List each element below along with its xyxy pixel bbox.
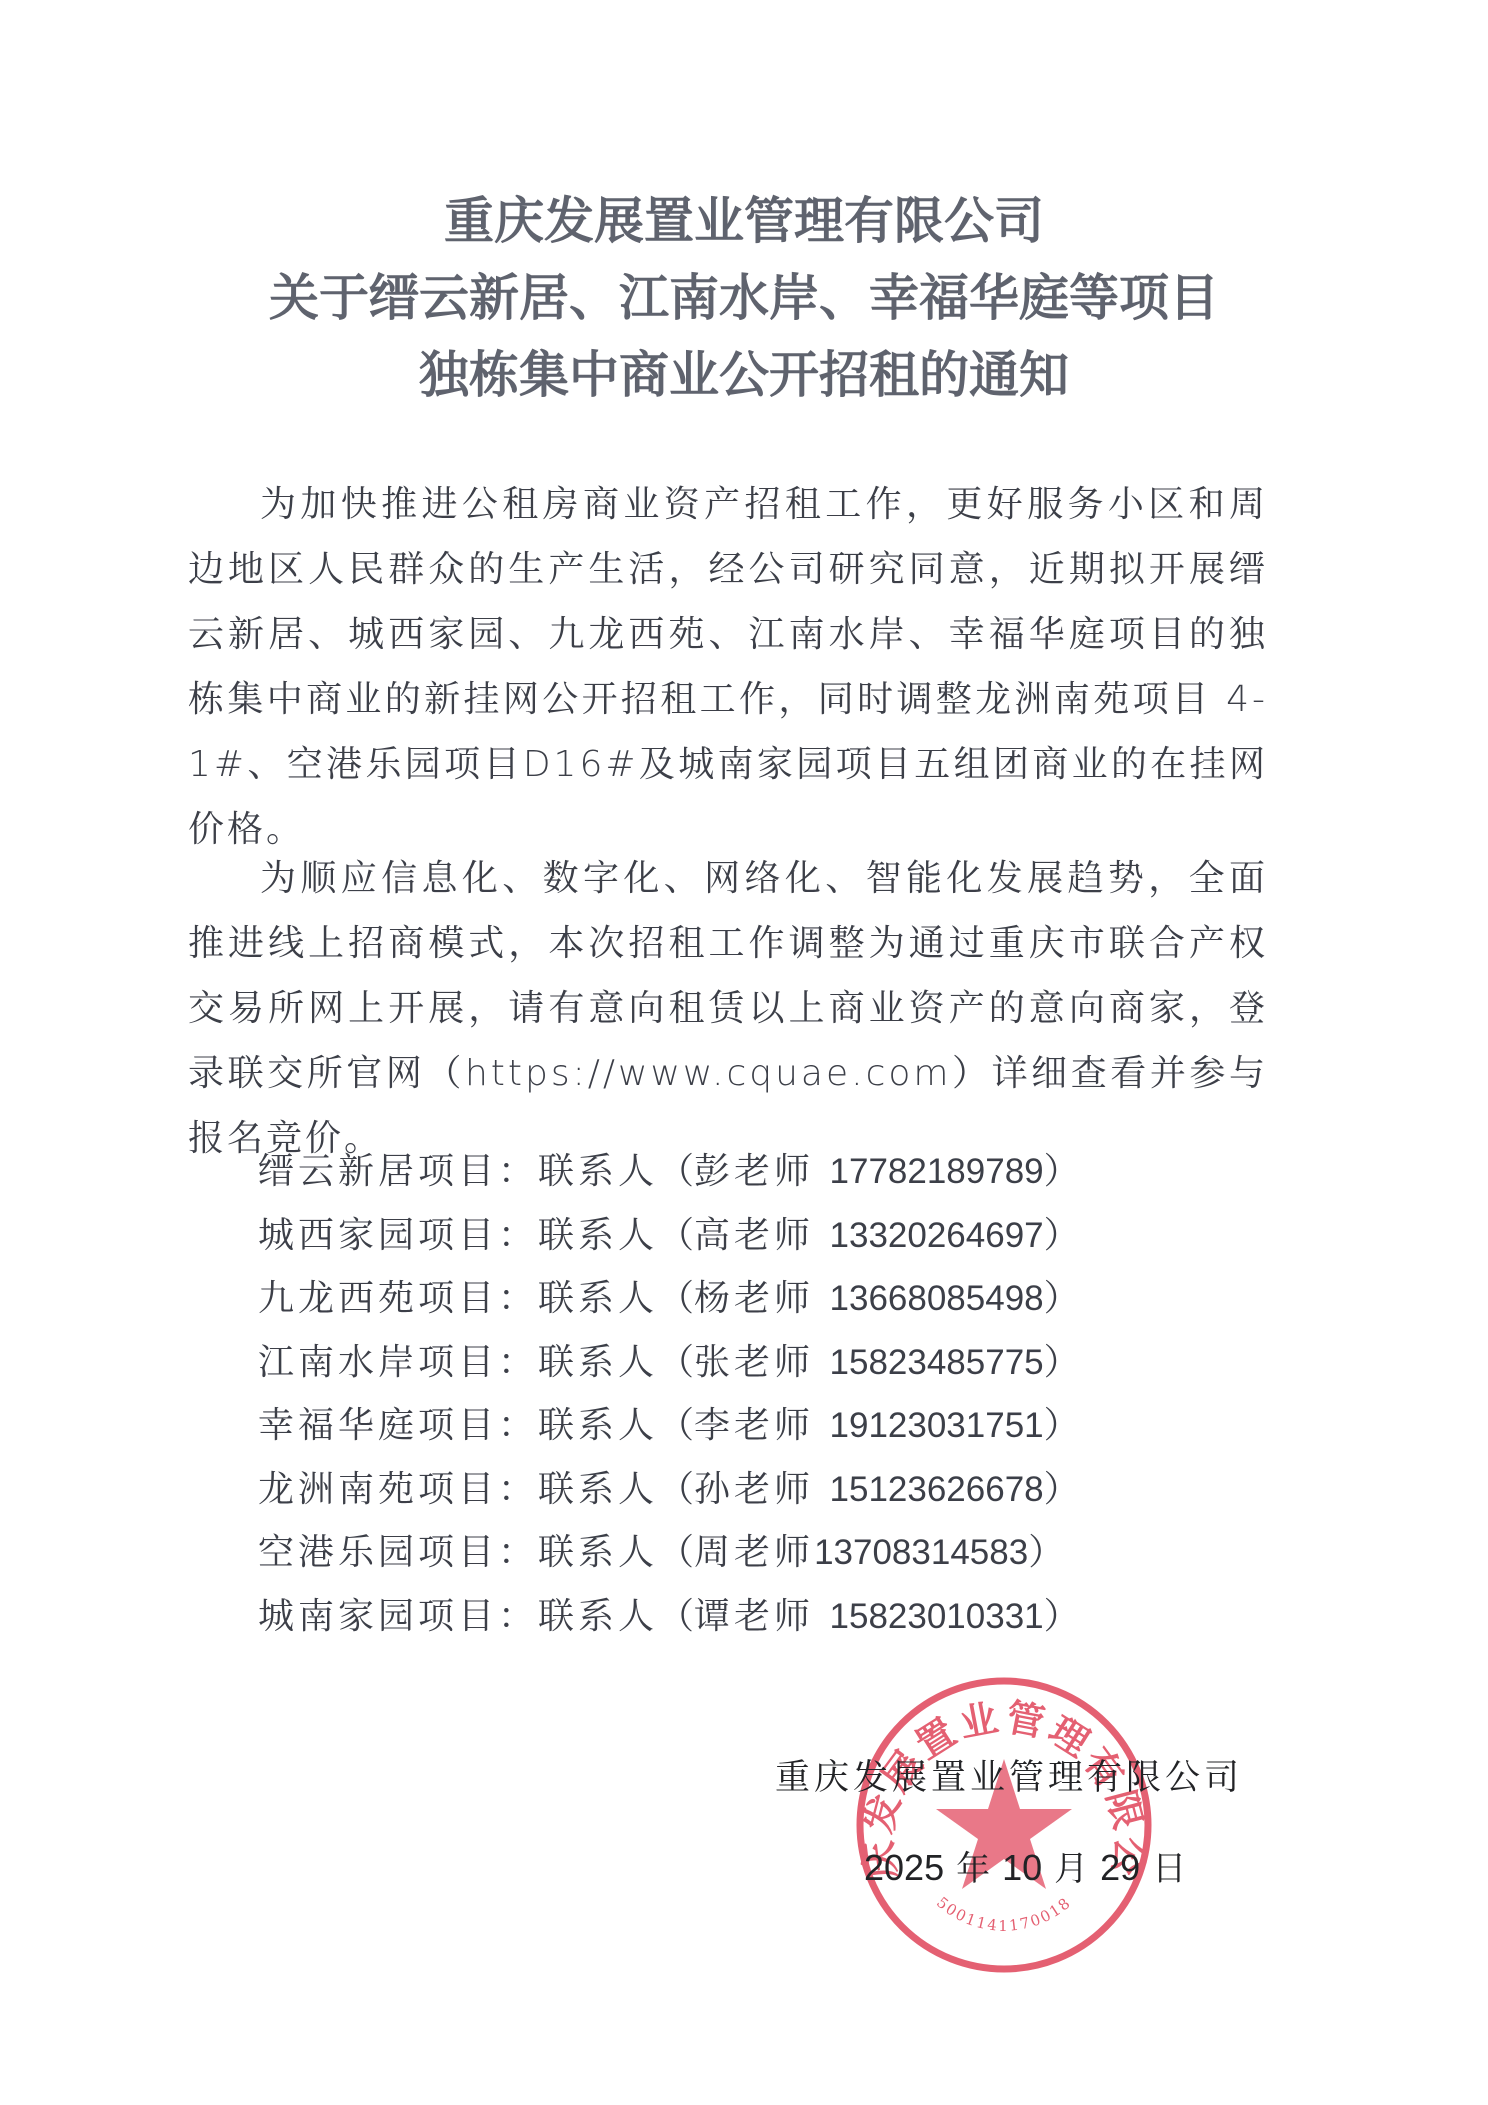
document-title: 重庆发展置业管理有限公司 关于缙云新居、江南水岸、幸福华庭等项目 独栋集中商业公… [0,182,1488,413]
contact-name: 周老师 [694,1532,814,1573]
contact-row: 龙洲南苑项目：联系人（孙老师 15123626678） [258,1458,1080,1522]
contact-phone: 13320264697 [830,1216,1044,1255]
company-seal: 重庆发展置业管理有限公司 5001141170018 [852,1673,1156,1977]
paragraph-online-bidding: 为顺应信息化、数字化、网络化、智能化发展趋势，全面推进线上招商模式，本次招租工作… [188,846,1268,1171]
contact-row: 幸福华庭项目：联系人（李老师 19123031751） [258,1394,1080,1458]
contact-name: 杨老师 [694,1278,814,1319]
project-name: 龙洲南苑项目： [258,1469,538,1510]
contact-phone: 19123031751 [830,1406,1044,1445]
contact-label: 联系人 [538,1405,658,1446]
date-year-word: 年 [956,1849,990,1889]
contact-name: 李老师 [694,1405,814,1446]
contact-row: 空港乐园项目：联系人（周老师13708314583） [258,1521,1080,1585]
date-month: 10 [1002,1847,1042,1888]
seal-stamp-icon: 重庆发展置业管理有限公司 5001141170018 [852,1673,1156,1977]
project-name: 江南水岸项目： [258,1342,538,1383]
contact-label: 联系人 [538,1596,658,1637]
contact-name: 谭老师 [694,1596,814,1637]
contact-row: 江南水岸项目：联系人（张老师 15823485775） [258,1331,1080,1395]
paragraph-intro: 为加快推进公租房商业资产招租工作，更好服务小区和周边地区人民群众的生产生活，经公… [188,472,1268,862]
contact-phone: 15823010331 [830,1597,1044,1636]
contact-name: 孙老师 [694,1469,814,1510]
contact-label: 联系人 [538,1469,658,1510]
date-year: 2025 [864,1847,944,1888]
title-line-subject: 关于缙云新居、江南水岸、幸福华庭等项目 [0,259,1488,336]
contact-phone: 13668085498 [830,1279,1044,1318]
contact-row: 城西家园项目：联系人（高老师 13320264697） [258,1204,1080,1268]
contact-label: 联系人 [538,1342,658,1383]
contact-name: 高老师 [694,1215,814,1256]
signature-date: 2025年10月29日 [864,1848,1198,1889]
title-line-company: 重庆发展置业管理有限公司 [0,182,1488,259]
document-page: 重庆发展置业管理有限公司 关于缙云新居、江南水岸、幸福华庭等项目 独栋集中商业公… [0,0,1488,2105]
contact-row: 缙云新居项目：联系人（彭老师 17782189789） [258,1140,1080,1204]
contact-label: 联系人 [538,1151,658,1192]
contact-phone: 17782189789 [830,1152,1044,1191]
contact-list: 缙云新居项目：联系人（彭老师 17782189789） 城西家园项目：联系人（高… [258,1140,1080,1648]
contact-row: 城南家园项目：联系人（谭老师 15823010331） [258,1585,1080,1649]
contact-row: 九龙西苑项目：联系人（杨老师 13668085498） [258,1267,1080,1331]
project-name: 空港乐园项目： [258,1532,538,1573]
contact-phone: 15823485775 [830,1343,1044,1382]
contact-phone: 13708314583 [814,1533,1028,1572]
project-name: 城西家园项目： [258,1215,538,1256]
contact-label: 联系人 [538,1215,658,1256]
contact-label: 联系人 [538,1532,658,1573]
date-day-word: 日 [1152,1849,1186,1889]
project-name: 缙云新居项目： [258,1151,538,1192]
signature-company: 重庆发展置业管理有限公司 [775,1758,1243,1798]
contact-phone: 15123626678 [830,1470,1044,1509]
title-line-notice: 独栋集中商业公开招租的通知 [0,336,1488,413]
project-name: 城南家园项目： [258,1596,538,1637]
project-name: 九龙西苑项目： [258,1278,538,1319]
date-day: 29 [1100,1847,1140,1888]
contact-name: 彭老师 [694,1151,814,1192]
contact-name: 张老师 [694,1342,814,1383]
contact-label: 联系人 [538,1278,658,1319]
date-month-word: 月 [1054,1849,1088,1889]
seal-code: 5001141170018 [933,1893,1075,1935]
project-name: 幸福华庭项目： [258,1405,538,1446]
